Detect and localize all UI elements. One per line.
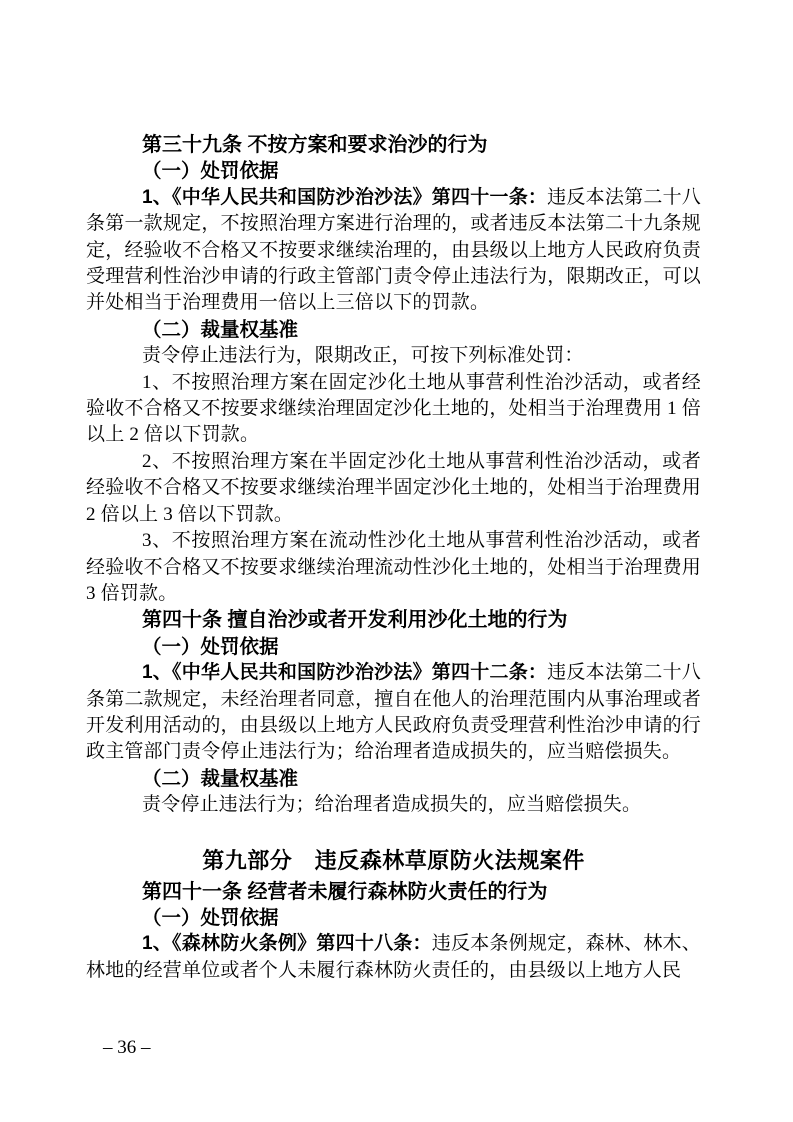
document-body: 第三十九条 不按方案和要求治沙的行为 （一）处罚依据 1、《中华人民共和国防沙治… bbox=[86, 132, 701, 984]
document-page: 第三十九条 不按方案和要求治沙的行为 （一）处罚依据 1、《中华人民共和国防沙治… bbox=[0, 0, 793, 1122]
part-title: 第九部分 违反森林草原防火法规案件 bbox=[86, 845, 701, 877]
body-paragraph: 1、《中华人民共和国防沙治沙法》第四十一条：违反本法第二十八条第一款规定，不按照… bbox=[86, 185, 701, 317]
article-heading: 第四十一条 经营者未履行森林防火责任的行为 bbox=[86, 879, 701, 905]
body-paragraph: 责令停止违法行为，限期改正，可按下列标准处罚： bbox=[86, 343, 701, 369]
legal-citation-lead: 1、《森林防火条例》第四十八条： bbox=[142, 933, 432, 954]
clause-heading: （一）处罚依据 bbox=[86, 158, 701, 184]
clause-heading: （一）处罚依据 bbox=[86, 905, 701, 931]
body-paragraph: 1、《中华人民共和国防沙治沙法》第四十二条：违反本法第二十八条第二款规定，未经治… bbox=[86, 660, 701, 766]
legal-citation-lead: 1、《中华人民共和国防沙治沙法》第四十二条： bbox=[142, 662, 547, 683]
page-number: – 36 – bbox=[103, 1037, 151, 1059]
body-paragraph: 2、不按照治理方案在半固定沙化土地从事营利性治沙活动，或者经验收不合格又不按要求… bbox=[86, 449, 701, 528]
body-paragraph: 1、不按照治理方案在固定沙化土地从事营利性治沙活动，或者经验收不合格又不按要求继… bbox=[86, 370, 701, 449]
article-heading: 第四十条 擅自治沙或者开发利用沙化土地的行为 bbox=[86, 607, 701, 633]
body-paragraph: 责令停止违法行为；给治理者造成损失的，应当赔偿损失。 bbox=[86, 792, 701, 818]
article-heading: 第三十九条 不按方案和要求治沙的行为 bbox=[86, 132, 701, 158]
legal-citation-lead: 1、《中华人民共和国防沙治沙法》第四十一条： bbox=[142, 187, 547, 208]
clause-heading: （一）处罚依据 bbox=[86, 634, 701, 660]
clause-heading: （二）裁量权基准 bbox=[86, 766, 701, 792]
body-paragraph: 1、《森林防火条例》第四十八条：违反本条例规定，森林、林木、林地的经营单位或者个… bbox=[86, 931, 701, 984]
clause-heading: （二）裁量权基准 bbox=[86, 317, 701, 343]
body-paragraph: 3、不按照治理方案在流动性沙化土地从事营利性治沙活动，或者经验收不合格又不按要求… bbox=[86, 528, 701, 607]
